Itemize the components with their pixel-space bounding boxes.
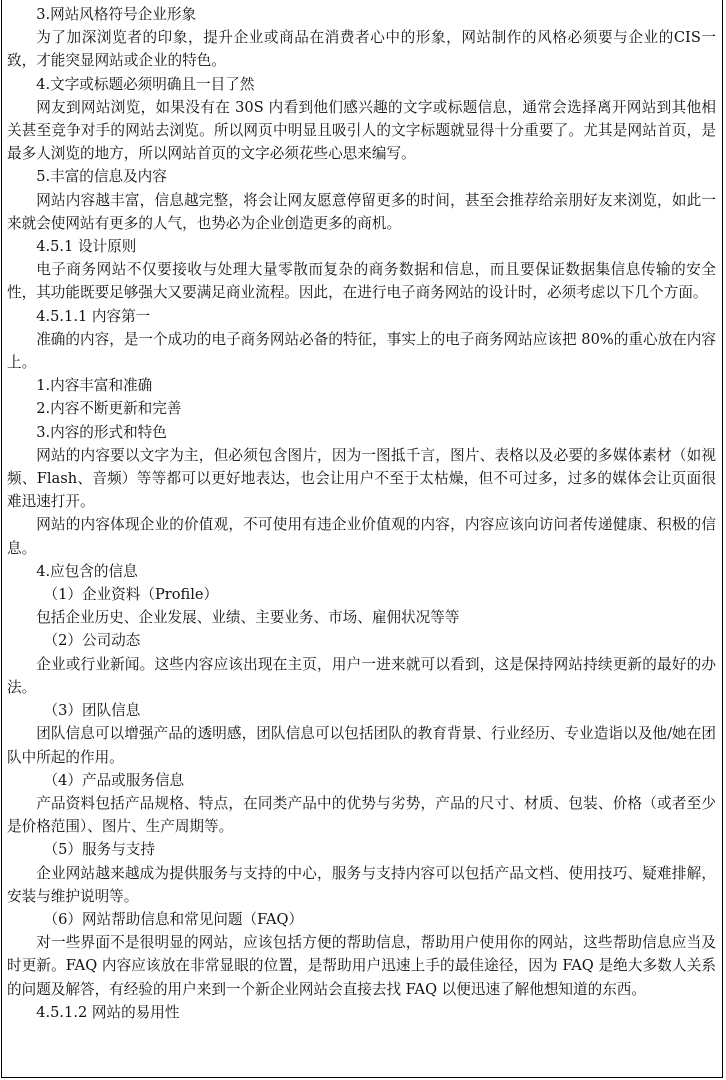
paragraph-text-images: 网站的内容要以文字为主，但必须包含图片，因为一图抵千言，图片、表格以及必要的多媒… (7, 444, 716, 514)
list-item-form-feature: 3.内容的形式和特色 (7, 421, 716, 444)
subheading-news: （2）公司动态 (7, 629, 716, 652)
heading-rich-info: 5.丰富的信息及内容 (7, 165, 716, 188)
heading-content-first: 4.5.1.1 内容第一 (7, 305, 716, 328)
document-page: 3.网站风格符号企业形象 为了加深浏览者的印象，提升企业或商品在消费者心中的形象… (1, 0, 723, 1078)
paragraph-faq: 对一些界面不是很明显的网站，应该包括方便的帮助信息，帮助用户使用你的网站，这些帮… (7, 931, 716, 1001)
paragraph-products: 产品资料包括产品规格、特点，在同类产品中的优势与劣势，产品的尺寸、材质、包装、价… (7, 792, 716, 838)
heading-website-style: 3.网站风格符号企业形象 (7, 3, 716, 26)
paragraph-team: 团队信息可以增强产品的透明感，团队信息可以包括团队的教育背景、行业经历、专业造诣… (7, 722, 716, 768)
paragraph-cis: 为了加深浏览者的印象，提升企业或商品在消费者心中的形象，网站制作的风格必须要与企… (7, 26, 716, 72)
subheading-team: （3）团队信息 (7, 699, 716, 722)
list-item-rich-accurate: 1.内容丰富和准确 (7, 374, 716, 397)
heading-usability: 4.5.1.2 网站的易用性 (7, 1001, 716, 1024)
heading-design-principles: 4.5.1 设计原则 (7, 235, 716, 258)
subheading-products: （4）产品或服务信息 (7, 769, 716, 792)
heading-info-to-include: 4.应包含的信息 (7, 560, 716, 583)
paragraph-ecommerce-design: 电子商务网站不仅要接收与处理大量零散而复杂的商务数据和信息，而且要保证数据集信息… (7, 258, 716, 304)
paragraph-accurate-content: 准确的内容，是一个成功的电子商务网站必备的特征，事实上的电子商务网站应该把 80… (7, 328, 716, 374)
paragraph-news: 企业或行业新闻。这些内容应该出现在主页，用户一进来就可以看到，这是保持网站持续更… (7, 653, 716, 699)
paragraph-profile: 包括企业历史、企业发展、业绩、主要业务、市场、雇佣状况等等 (7, 606, 716, 629)
subheading-faq: （6）网站帮助信息和常见问题（FAQ） (7, 908, 716, 931)
list-item-update: 2.内容不断更新和完善 (7, 397, 716, 420)
paragraph-rich-content: 网站内容越丰富，信息越完整，将会让网友愿意停留更多的时间，甚至会推荐给亲朋好友来… (7, 189, 716, 235)
paragraph-support: 企业网站越来越成为提供服务与支持的中心，服务与支持内容可以包括产品文档、使用技巧… (7, 862, 716, 908)
subheading-profile: （1）企业资料（Profile） (7, 583, 716, 606)
heading-clear-titles: 4.文字或标题必须明确且一目了然 (7, 73, 716, 96)
subheading-support: （5）服务与支持 (7, 838, 716, 861)
paragraph-30s: 网友到网站浏览，如果没有在 30S 内看到他们感兴趣的文字或标题信息，通常会选择… (7, 96, 716, 166)
paragraph-values: 网站的内容体现企业的价值观，不可使用有违企业价值观的内容，内容应该向访问者传递健… (7, 513, 716, 559)
